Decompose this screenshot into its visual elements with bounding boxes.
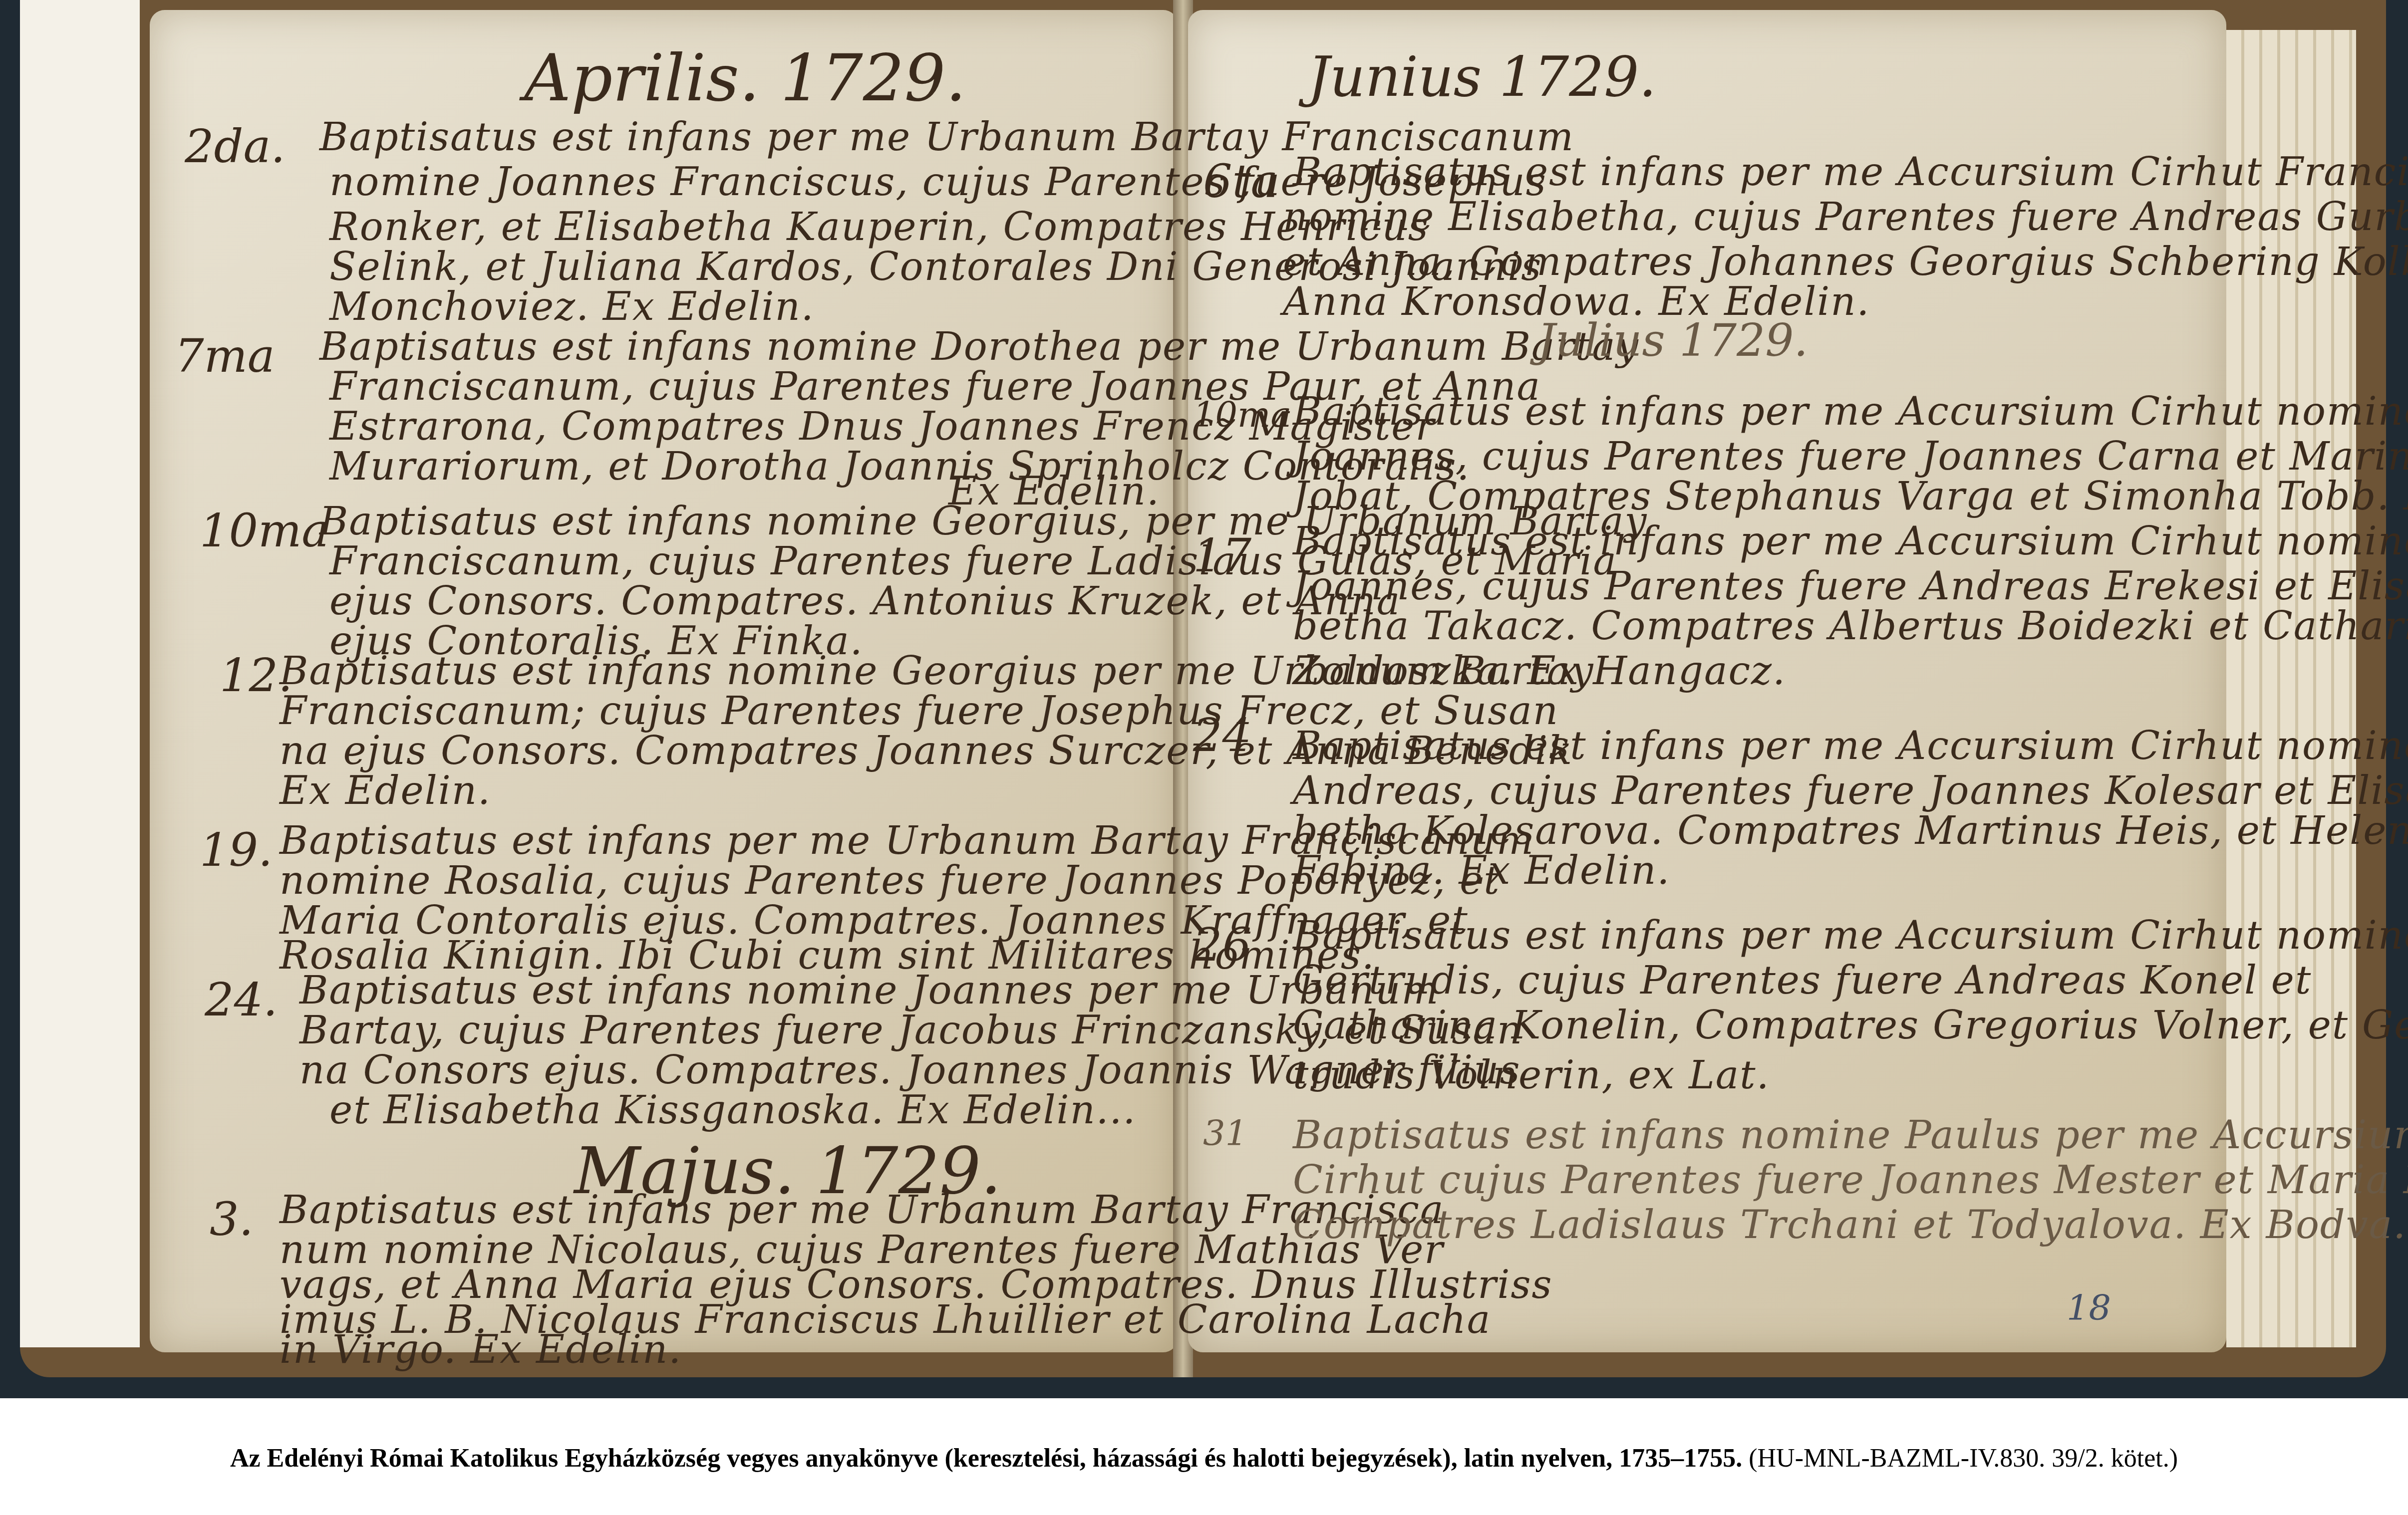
entry-date: 26 [1193,918,1251,972]
entry-line: Baptisatus est infans per me Accursium C… [1293,724,2408,768]
entry-date: 19. [200,823,273,877]
left-heading: Aprilis. 1729. [524,40,966,116]
entry-line: Baptisatus est infans per me Accursium C… [1293,913,2408,958]
entry-line: Baptisatus est infans nomine Dorothea pe… [319,324,1639,369]
caption-reference: (HU-MNL-BAZML-IV.830. 39/2. kötet.) [1742,1444,2178,1473]
right-heading: Junius 1729. [1308,45,1656,109]
entry-line: Baptisatus est infans per me Urbanum Bar… [280,1188,1445,1233]
caption-text: Az Edelényi Római Katolikus Egyházközség… [230,1444,2178,1473]
entry-line: et Anna, Compatres Johannes Georgius Sch… [1283,240,2408,284]
entry-line: Cirhut cujus Parentes fuere Joannes Mest… [1293,1158,2408,1203]
entry-date: 24 [1193,709,1251,762]
entry-line: betha Takacz. Compatres Albertus Boidezk… [1293,604,2408,649]
entry-date: 17 [1193,529,1251,582]
entry-line: Compatres Ladislaus Trchani et Todyalova… [1293,1203,2407,1248]
entry-line: Baptisatus est infans per me Accursium C… [1293,150,2408,195]
entry-line: Jobat, Compatres Stephanus Varga et Simo… [1293,474,2408,519]
entry-line: Andreas, cujus Parentes fuere Joannes Ko… [1293,768,2408,813]
entry-line: Baptisatus est infans nomine Paulus per … [1293,1113,2408,1158]
right-heading-2: Julius 1729. [1537,314,1808,367]
entry-date: 3. [210,1193,254,1246]
entry-date: 31 [1203,1113,1247,1154]
entry-line: Baptisatus est infans per me Accursium C… [1293,389,2408,434]
entry-line: Fabina. Ex Edelin. [1293,848,1670,893]
entry-line: Ex Edelin. [280,768,491,813]
entry-line: Ronker, et Elisabetha Kauperin, Compatre… [329,205,1429,250]
entry-line: ejus Consors. Compatres. Antonius Kruzek… [329,579,1401,624]
folio-number: 18 [2067,1287,2111,1328]
entry-date: 10ma [200,504,329,557]
caption-title: Az Edelényi Római Katolikus Egyházközség… [230,1444,1742,1473]
entry-date: 7ma [175,329,275,383]
entry-line: Joannes, cujus Parentes fuere Andreas Er… [1293,564,2408,609]
entry-line: Zoldoszka. Ex Hangacz. [1293,649,1786,694]
entry-date: 10ma [1193,394,1291,435]
entry-line: Joannes, cujus Parentes fuere Joannes Ca… [1293,434,2408,479]
entry-date: 24. [205,973,278,1026]
manuscript-photo: Aprilis. 1729. 2da. Baptisatus est infan… [0,0,2408,1398]
entry-line: trudis Volnerin, ex Lat. [1293,1053,1770,1098]
entry-line: et Elisabetha Kissganoska. Ex Edelin... [329,1088,1136,1133]
entry-line: in Virgo. Ex Edelin. [280,1327,682,1372]
entry-line: nomine Elisabetha, cujus Parentes fuere … [1283,195,2408,240]
entry-date: 2da. [185,120,286,173]
entry-line: betha Kolesarova. Compatres Martinus Hei… [1293,808,2408,853]
entry-line: Baptisatus est infans nomine Joannes per… [300,968,1439,1013]
flyleaf [20,0,140,1347]
caption: Az Edelényi Római Katolikus Egyházközség… [0,1401,2408,1515]
entry-date: 6ta [1203,155,1278,208]
entry-line: Catharina Konelin, Compatres Gregorius V… [1293,1003,2408,1048]
entry-line: Gertrudis, cujus Parentes fuere Andreas … [1293,958,2312,1003]
entry-line: Baptisatus est infans per me Accursium C… [1293,519,2408,564]
entry-line: Monchoviez. Ex Edelin. [329,284,814,329]
